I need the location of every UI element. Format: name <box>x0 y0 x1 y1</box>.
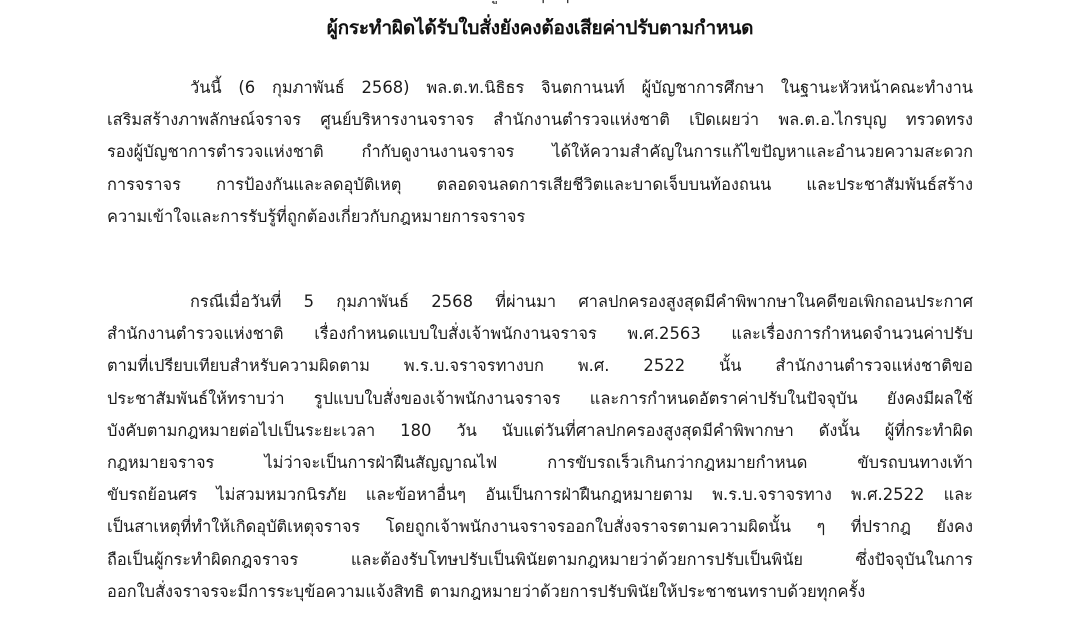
paragraph-line: เป็นสาเหตุที่ทำให้เกิดอุบัติเหตุจราจร โด… <box>107 511 973 543</box>
paragraph-line: การจราจร การป้องกันและลดอุบัติเหตุ ตลอดจ… <box>107 169 973 201</box>
paragraph-line: ถือเป็นผู้กระทำผิดกฎจราจร และต้องรับโทษป… <box>107 544 973 576</box>
document-heading: ผู้กระทำผิดได้รับใบสั่งยังคงต้องเสียค่าป… <box>0 13 1080 43</box>
paragraph-2: กรณีเมื่อวันที่ 5 กุมภาพันธ์ 2568 ที่ผ่า… <box>107 286 973 608</box>
paragraph-line: ออกใบสั่งจราจรจะมีการระบุข้อความแจ้งสิทธ… <box>107 576 973 608</box>
paragraph-line: กฎหมายจราจร ไม่ว่าจะเป็นการฝ่าฝืนสัญญาณไ… <box>107 447 973 479</box>
paragraph-line: สำนักงานตำรวจแห่งชาติ เรื่องกำหนดแบบใบสั… <box>107 318 973 350</box>
paragraph-line: กรณีเมื่อวันที่ 5 กุมภาพันธ์ 2568 ที่ผ่า… <box>107 286 973 318</box>
paragraph-line: บังคับตามกฎหมายต่อไปเป็นระยะเวลา 180 วัน… <box>107 415 973 447</box>
paragraph-1: วันนี้ (6 กุมภาพันธ์ 2568) พล.ต.ท.นิธิธร… <box>107 72 973 233</box>
paragraph-line: ความเข้าใจและการรับรู้ที่ถูกต้องเกี่ยวกั… <box>107 201 973 233</box>
paragraph-line: ประชาสัมพันธ์ให้ทราบว่า รูปแบบใบสั่งของเ… <box>107 383 973 415</box>
paragraph-line: รองผู้บัญชาการตำรวจแห่งชาติ กำกับดูงานงา… <box>107 136 973 168</box>
paragraph-line: เสริมสร้างภาพลักษณ์จราจร ศูนย์บริหารงานจ… <box>107 104 973 136</box>
paragraph-line: ตามที่เปรียบเทียบสำหรับความผิดตาม พ.ร.บ.… <box>107 350 973 382</box>
cut-off-text-line: ฝู่ ๐ ค ๆ ยๆ ด ๋ <box>107 0 973 4</box>
paragraph-line: วันนี้ (6 กุมภาพันธ์ 2568) พล.ต.ท.นิธิธร… <box>107 72 973 104</box>
document-page: ฝู่ ๐ ค ๆ ยๆ ด ๋ ผู้กระทำผิดได้รับใบสั่ง… <box>0 0 1080 630</box>
paragraph-line: ขับรถย้อนศร ไม่สวมหมวกนิรภัย และข้อหาอื่… <box>107 479 973 511</box>
